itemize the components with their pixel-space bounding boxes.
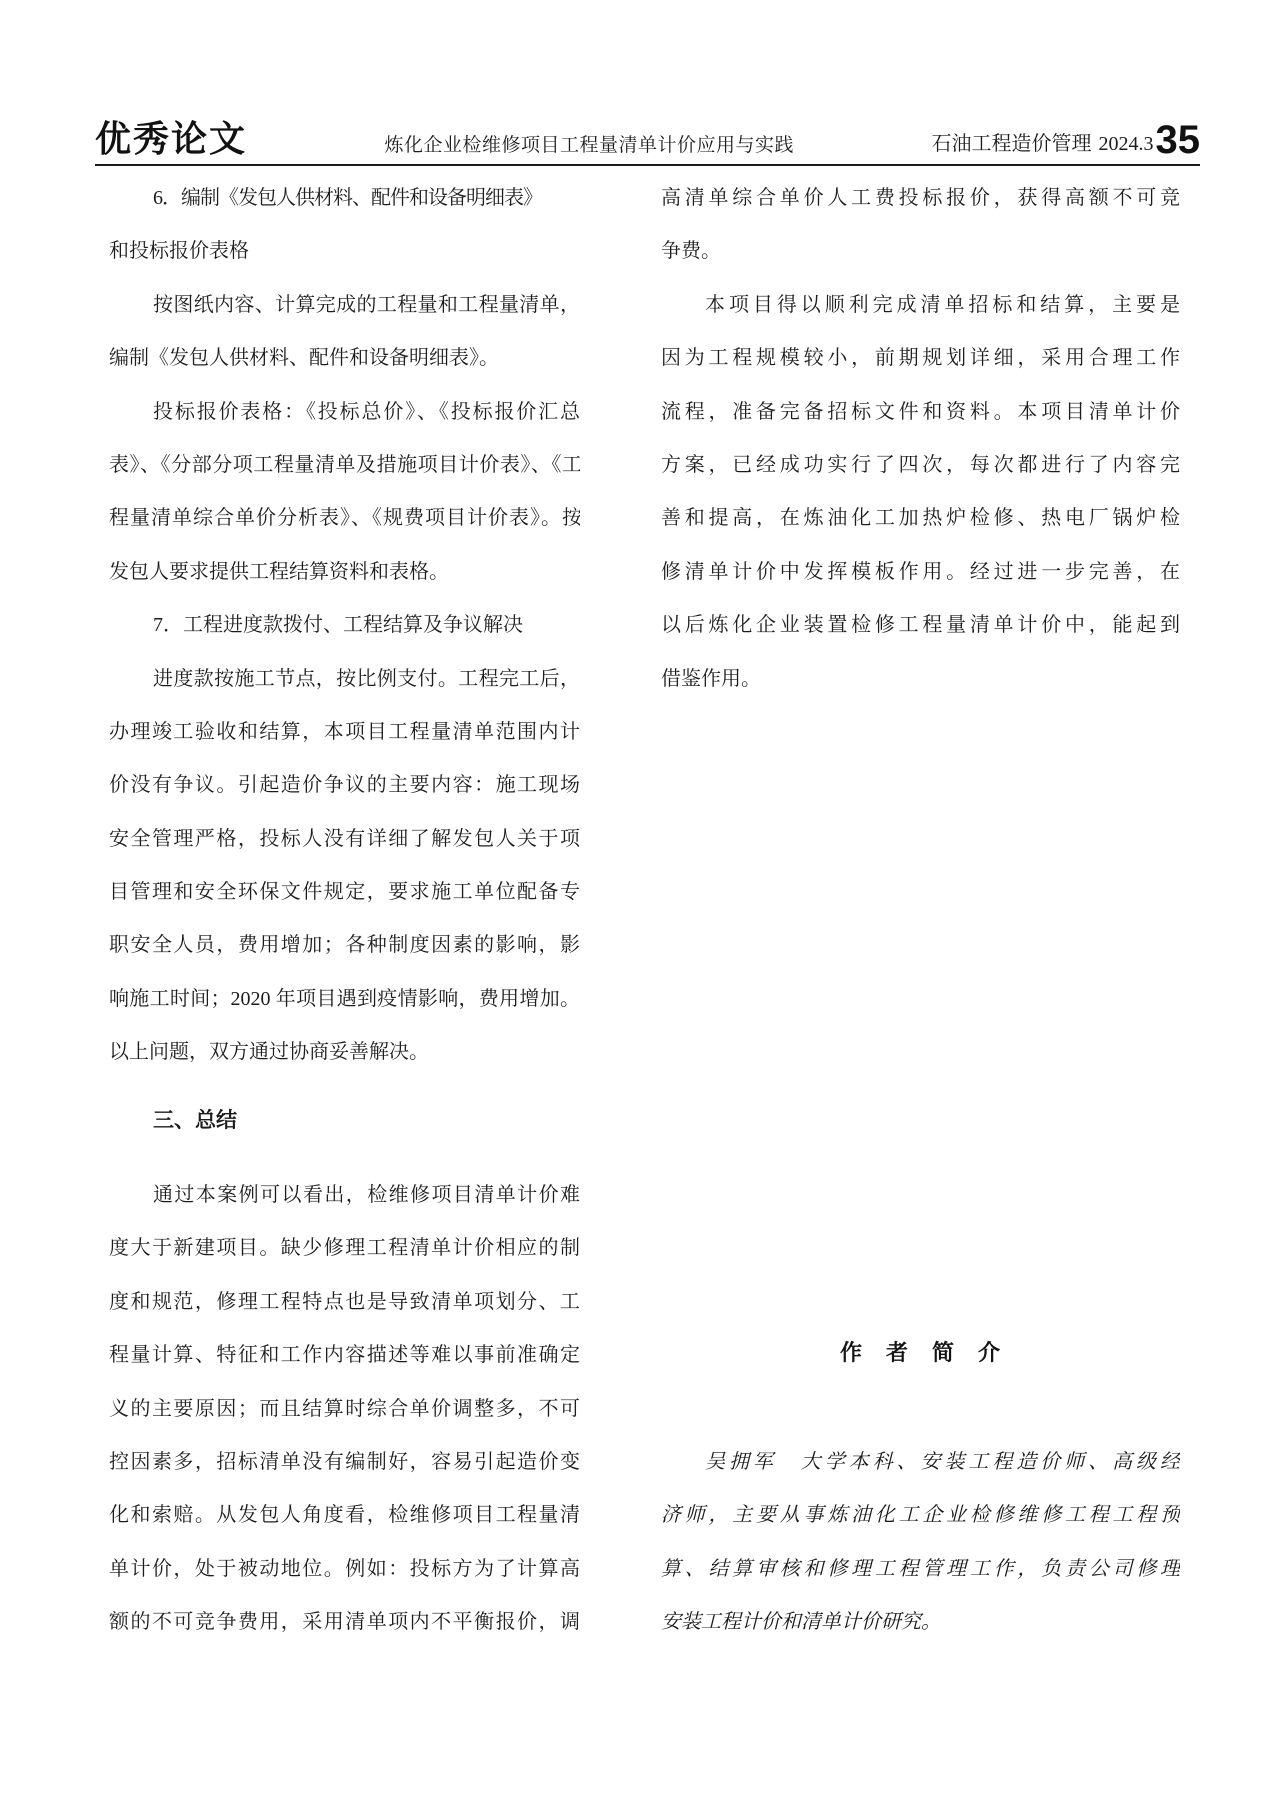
text-line: 修清单计价中发挥模板作用。经过进一步完善，在	[661, 546, 1180, 599]
text-line: 借鉴作用。	[661, 653, 1180, 706]
text-line: 职安全人员，费用增加；各种制度因素的影响，影	[109, 919, 580, 972]
left-column: 6．编制《发包人供材料、配件和设备明细表》和投标报价表格按图纸内容、计算完成的工…	[109, 172, 580, 1650]
text-line: 安全管理严格，投标人没有详细了解发包人关于项	[109, 813, 580, 866]
text-line: 以上问题，双方通过协商妥善解决。	[109, 1026, 580, 1079]
text-line: 表》、《分部分项工程量清单及措施项目计价表》、《工	[109, 439, 580, 492]
journal-page: 优秀论文 炼化企业检维修项目工程量清单计价应用与实践 石油工程造价管理 2024…	[0, 0, 1280, 1809]
page-header: 优秀论文 炼化企业检维修项目工程量清单计价应用与实践 石油工程造价管理 2024…	[95, 98, 1200, 157]
section-label: 优秀论文	[95, 121, 247, 157]
text-line: 价没有争议。引起造价争议的主要内容：施工现场	[109, 759, 580, 812]
text-line: 控因素多，招标清单没有编制好，容易引起造价变	[109, 1436, 580, 1489]
journal-name: 石油工程造价管理	[932, 134, 1092, 154]
header-rule	[95, 164, 1200, 166]
text-line: 争费。	[661, 225, 1180, 278]
text-line: 额的不可竞争费用，采用清单项内不平衡报价，调	[109, 1596, 580, 1649]
author-section-heading: 作 者 简 介	[661, 1333, 1180, 1373]
text-line: 发包人要求提供工程结算资料和表格。	[109, 546, 580, 599]
text-line: 和投标报价表格	[109, 225, 580, 278]
text-line: 义的主要原因；而且结算时综合单价调整多，不可	[109, 1383, 580, 1436]
text-line: 单计价，处于被动地位。例如：投标方为了计算高	[109, 1543, 580, 1596]
text-line: 投标报价表格：《投标总价》、《投标报价汇总	[109, 386, 580, 439]
author-section: 作 者 简 介 吴拥军 大学本科、安装工程造价师、高级经济师，主要从事炼油化工企…	[661, 1333, 1180, 1650]
text-line: 程量计算、特征和工作内容描述等难以事前准确定	[109, 1329, 580, 1382]
running-article-title: 炼化企业检维修项目工程量清单计价应用与实践	[385, 136, 795, 155]
text-line: 济师，主要从事炼油化工企业检修维修工程工程预	[661, 1489, 1180, 1542]
page-number: 35	[1156, 124, 1201, 157]
text-line: 因为工程规模较小，前期规划详细，采用合理工作	[661, 332, 1180, 385]
text-line: 化和索赔。从发包人角度看，检维修项目工程量清	[109, 1489, 580, 1542]
right-column-text: 高清单综合单价人工费投标报价，获得高额不可竞争费。本项目得以顺利完成清单招标和结…	[661, 172, 1180, 706]
text-line: 按图纸内容、计算完成的工程量和工程量清单，	[109, 279, 580, 332]
text-line: 度大于新建项目。缺少修理工程清单计价相应的制	[109, 1222, 580, 1275]
text-line: 进度款按施工节点，按比例支付。工程完工后，	[109, 653, 580, 706]
text-line: 算、结算审核和修理工程管理工作，负责公司修理	[661, 1543, 1180, 1596]
text-line: 吴拥军 大学本科、安装工程造价师、高级经	[661, 1436, 1180, 1489]
issue-label: 2024.3	[1099, 134, 1154, 154]
text-line: 程量清单综合单价分析表》、《规费项目计价表》。按	[109, 492, 580, 545]
journal-info: 石油工程造价管理 2024.3 35	[932, 124, 1201, 157]
text-line: 善和提高，在炼油化工加热炉检修、热电厂锅炉检	[661, 492, 1180, 545]
text-line: 方案，已经成功实行了四次，每次都进行了内容完	[661, 439, 1180, 492]
text-line: 以后炼化企业装置检修工程量清单计价中，能起到	[661, 599, 1180, 652]
text-line: 流程，准备完备招标文件和资料。本项目清单计价	[661, 386, 1180, 439]
text-line: 目管理和安全环保文件规定，要求施工单位配备专	[109, 866, 580, 919]
text-line: 本项目得以顺利完成清单招标和结算，主要是	[661, 279, 1180, 332]
author-bio: 吴拥军 大学本科、安装工程造价师、高级经济师，主要从事炼油化工企业检修维修工程工…	[661, 1436, 1180, 1650]
text-line: 7．工程进度款拨付、工程结算及争议解决	[109, 599, 580, 652]
text-line: 通过本案例可以看出，检维修项目清单计价难	[109, 1169, 580, 1222]
text-line: 编制《发包人供材料、配件和设备明细表》。	[109, 332, 580, 385]
text-line: 办理竣工验收和结算，本项目工程量清单范围内计	[109, 706, 580, 759]
text-line: 高清单综合单价人工费投标报价，获得高额不可竞	[661, 172, 1180, 225]
text-line: 响施工时间；2020 年项目遇到疫情影响，费用增加。	[109, 973, 580, 1026]
text-line: 度和规范，修理工程特点也是导致清单项划分、工	[109, 1276, 580, 1329]
right-column: 高清单综合单价人工费投标报价，获得高额不可竞争费。本项目得以顺利完成清单招标和结…	[661, 172, 1180, 1649]
text-line: 6．编制《发包人供材料、配件和设备明细表》	[109, 172, 580, 225]
section-heading: 三、总结	[109, 1094, 580, 1147]
text-line: 安装工程计价和清单计价研究。	[661, 1596, 1180, 1649]
